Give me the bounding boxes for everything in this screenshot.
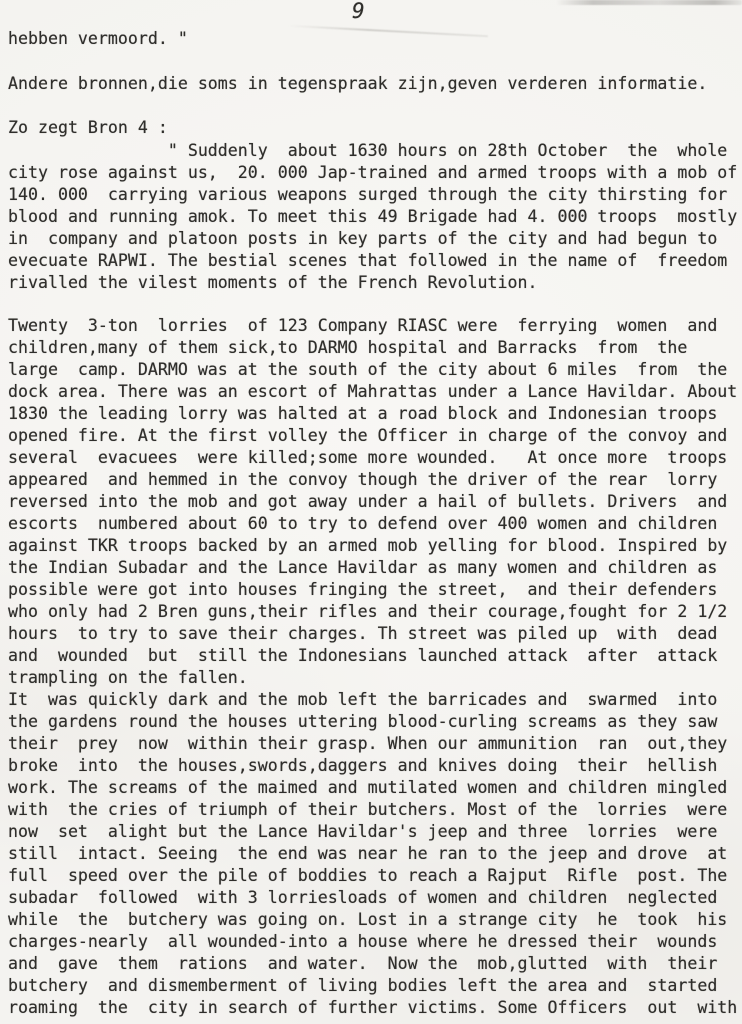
paper-crease — [288, 25, 488, 37]
page-number: 9 — [352, 0, 365, 22]
quote-opening-paragraph: " Suddenly about 1630 hours on 28th Octo… — [8, 140, 737, 294]
scanned-document-page: 9 hebben vermoord. " Andere bronnen,die … — [0, 0, 742, 1024]
convoy-account-paragraph: Twenty 3-ton lorries of 123 Company RIAS… — [8, 315, 737, 1019]
closing-quote-line: hebben vermoord. " — [8, 28, 188, 50]
sources-note-line: Andere bronnen,die soms in tegenspraak z… — [8, 73, 707, 95]
scan-artifact-top-edge — [556, 0, 742, 5]
source-reference-line: Zo zegt Bron 4 : — [8, 117, 168, 139]
